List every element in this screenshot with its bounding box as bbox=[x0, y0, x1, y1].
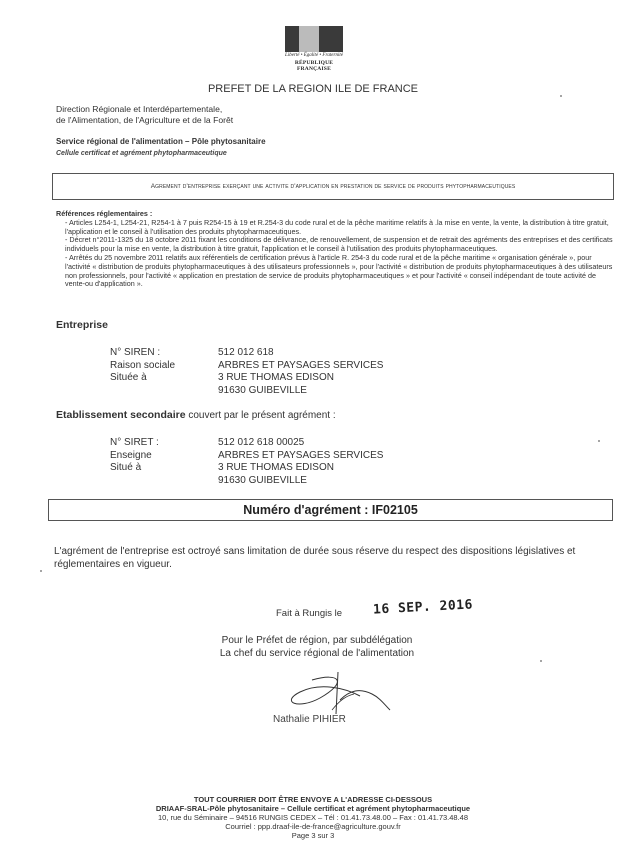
numero-agrement: Numéro d'agrément : IF02105 bbox=[243, 503, 418, 517]
direction-line-2: de l'Alimentation, de l'Agriculture et d… bbox=[56, 115, 233, 126]
direction-line-1: Direction Régionale et Interdépartementa… bbox=[56, 104, 233, 115]
direction-name: Direction Régionale et Interdépartementa… bbox=[56, 104, 233, 126]
detail-row: 91630 GUIBEVILLE bbox=[110, 475, 383, 488]
etablissement-heading-bold: Etablissement secondaire bbox=[56, 409, 186, 421]
detail-row: N° SIREN :512 012 618 bbox=[110, 347, 383, 360]
octroi-paragraph: L'agrément de l'entreprise est octroyé s… bbox=[54, 545, 614, 571]
republic-name: RÉPUBLIQUE FRANÇAISE bbox=[283, 60, 345, 72]
reference-item: - Articles L254-1, L254-21, R254-1 à 7 p… bbox=[65, 219, 616, 237]
cellule-name: Cellule certificat et agrément phytophar… bbox=[56, 150, 227, 157]
handwritten-signature-icon bbox=[280, 670, 395, 720]
footer-address: 10, rue du Séminaire – 94516 RUNGIS CEDE… bbox=[0, 813, 626, 822]
delegation-line-1: Pour le Préfet de région, par subdélégat… bbox=[4, 635, 626, 648]
page-number: Page 3 sur 3 bbox=[0, 831, 626, 840]
fait-a-label: Fait à Rungis le bbox=[276, 608, 342, 619]
detail-label: Raison sociale bbox=[110, 360, 218, 373]
detail-row: 91630 GUIBEVILLE bbox=[110, 385, 383, 398]
detail-row: EnseigneARBRES ET PAYSAGES SERVICES bbox=[110, 450, 383, 463]
delegation-block: Pour le Préfet de région, par subdélégat… bbox=[0, 635, 626, 660]
flag-graphic bbox=[285, 26, 343, 52]
detail-label: N° SIRET : bbox=[110, 437, 218, 450]
date-stamp: 16 SEP. 2016 bbox=[373, 597, 474, 617]
detail-value: 512 012 618 00025 bbox=[218, 437, 304, 450]
detail-label: N° SIREN : bbox=[110, 347, 218, 360]
republic-motto: Liberté • Égalité • Fraternité bbox=[283, 53, 345, 58]
entreprise-details: N° SIREN :512 012 618 Raison socialeARBR… bbox=[110, 347, 383, 397]
detail-value: 3 RUE THOMAS EDISON bbox=[218, 462, 334, 475]
document-title: Agrement d'entreprise exerçant une activ… bbox=[151, 183, 516, 190]
footer: TOUT COURRIER DOIT ÊTRE ENVOYE A L'ADRES… bbox=[0, 795, 626, 840]
footer-department: DRIAAF-SRAL-Pôle phytosanitaire – Cellul… bbox=[0, 804, 626, 813]
reference-item: - Décret n°2011-1325 du 18 octobre 2011 … bbox=[65, 236, 616, 254]
reference-item: - Arrêtés du 25 novembre 2011 relatifs a… bbox=[65, 254, 616, 289]
detail-label: Enseigne bbox=[110, 450, 218, 463]
detail-label bbox=[110, 385, 218, 398]
detail-value: 91630 GUIBEVILLE bbox=[218, 385, 307, 398]
numero-agrement-box: Numéro d'agrément : IF02105 bbox=[48, 499, 613, 521]
detail-label: Située à bbox=[110, 372, 218, 385]
detail-value: 91630 GUIBEVILLE bbox=[218, 475, 307, 488]
etablissement-heading-rest: couvert par le présent agrément : bbox=[186, 410, 336, 421]
etablissement-details: N° SIRET :512 012 618 00025 EnseigneARBR… bbox=[110, 437, 383, 487]
detail-label: Situé à bbox=[110, 462, 218, 475]
document-title-box: Agrement d'entreprise exerçant une activ… bbox=[52, 173, 614, 200]
signer-name: Nathalie PIHIER bbox=[273, 714, 346, 725]
detail-value: 512 012 618 bbox=[218, 347, 274, 360]
service-name: Service régional de l'alimentation – Pôl… bbox=[56, 137, 266, 146]
scan-speck bbox=[40, 570, 42, 572]
entreprise-heading: Entreprise bbox=[56, 319, 108, 331]
marianne-logo-icon: Liberté • Égalité • Fraternité RÉPUBLIQU… bbox=[283, 20, 345, 66]
scan-speck bbox=[540, 660, 542, 662]
detail-row: N° SIRET :512 012 618 00025 bbox=[110, 437, 383, 450]
detail-value: ARBRES ET PAYSAGES SERVICES bbox=[218, 360, 383, 373]
detail-row: Située à3 RUE THOMAS EDISON bbox=[110, 372, 383, 385]
scan-speck bbox=[560, 95, 562, 97]
detail-value: 3 RUE THOMAS EDISON bbox=[218, 372, 334, 385]
prefecture-title: PREFET DE LA REGION ILE DE FRANCE bbox=[0, 83, 626, 95]
detail-row: Raison socialeARBRES ET PAYSAGES SERVICE… bbox=[110, 360, 383, 373]
detail-row: Situé à3 RUE THOMAS EDISON bbox=[110, 462, 383, 475]
references-section: Références réglementaires : - Articles L… bbox=[56, 210, 616, 289]
scan-speck bbox=[598, 440, 600, 442]
footer-notice: TOUT COURRIER DOIT ÊTRE ENVOYE A L'ADRES… bbox=[0, 795, 626, 804]
delegation-line-2: La chef du service régional de l'aliment… bbox=[4, 648, 626, 661]
footer-email: Courriel : ppp.draaf-ile-de-france@agric… bbox=[0, 822, 626, 831]
detail-value: ARBRES ET PAYSAGES SERVICES bbox=[218, 450, 383, 463]
etablissement-heading: Etablissement secondaire couvert par le … bbox=[56, 409, 336, 421]
detail-label bbox=[110, 475, 218, 488]
